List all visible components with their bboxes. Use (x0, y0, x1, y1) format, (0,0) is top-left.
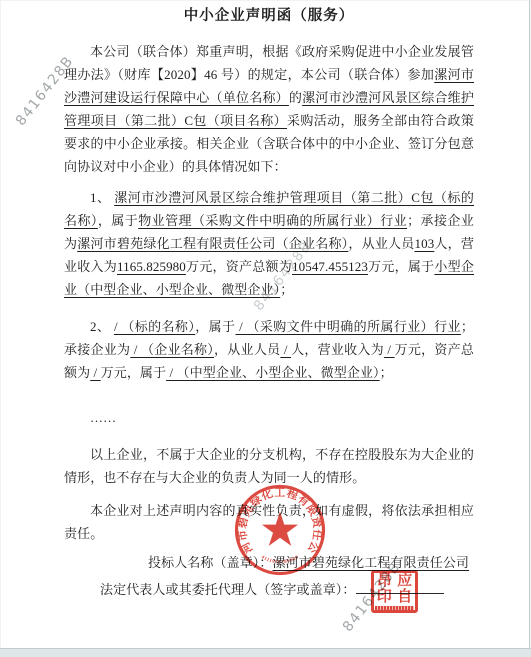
blank-field: / (90, 365, 100, 380)
text-run: ； (380, 365, 393, 380)
blank-field: / (384, 342, 395, 357)
legal-representative-label: 法定代表人或其委托代理人（签字或盖章）： (100, 582, 356, 597)
blank-field: / （标的名称） (114, 319, 195, 334)
personal-name-seal: 昂 应 印 自 (371, 570, 418, 613)
text-run: 的 (289, 90, 302, 105)
star-icon (262, 512, 298, 546)
assets-value: 10547.455123 (292, 259, 368, 274)
text-run: 万元，资产总额为 (186, 259, 292, 274)
intro-paragraph: 本公司（联合体）郑重声明，根据《政府采购促进中小企业发展管理办法》（财库【202… (64, 40, 474, 178)
item-number: 1、 (90, 190, 111, 205)
svg-text:4111010286668: 4111010286668 (260, 555, 300, 565)
page-right-edge (529, 0, 530, 649)
text-run: 万元，属于 (101, 365, 167, 380)
seal-char: 自 (395, 589, 416, 605)
revenue-value: 1165.825980 (117, 259, 186, 274)
text-run: 万元，属于 (368, 259, 434, 274)
seal-number: 4111010286668 (260, 555, 300, 565)
seal-char: 昂 (374, 573, 395, 589)
page-bottom-band (0, 648, 531, 657)
text-run: 本公司（联合体）郑重声明，根据《政府采购促进中小企业发展管理办法》（财库【202… (64, 44, 474, 82)
text-run: ，从业人员 (214, 342, 280, 357)
blank-field: / （采购文件中明确的所属行业）行业 (235, 319, 460, 334)
document-page: 8416428B 8416428B 8416428B 中小企业声明函（服务） 本… (0, 0, 531, 657)
seal-char: 应 (395, 573, 416, 589)
text-run: 人，营业收入为 (291, 342, 384, 357)
company-round-seal: 漯河市碧苑绿化工程有限责任公司 4111010286668 (232, 482, 328, 578)
document-title: 中小企业声明函（服务） (64, 6, 474, 26)
item1-paragraph: 1、 漯河市沙澧河风景区综合维护管理项目（第二批）C包（标的名称），属于物业管理… (64, 186, 474, 301)
filled-field: 漯河市碧苑绿化工程有限责任公司（企业名称） (77, 236, 348, 251)
text-run: ； (280, 282, 293, 297)
text-run: ，从业人员 (348, 236, 414, 251)
text-run: ，属于 (98, 213, 138, 228)
blank-field: / (280, 342, 291, 357)
seal-serial-strip (375, 606, 414, 610)
text-run: ，属于 (195, 319, 235, 334)
seal-char: 印 (374, 589, 395, 605)
filled-field: 物业管理（采购文件中明确的所属行业）行业 (138, 213, 407, 228)
item2-paragraph: 2、 / （标的名称），属于 / （采购文件中明确的所属行业）行业；承接企业为 … (64, 315, 474, 384)
blank-field: / （中型企业、小型企业、微型企业） (166, 365, 380, 380)
ellipsis-line: …… (64, 406, 474, 429)
employee-count: 103 (415, 236, 435, 251)
item-number: 2、 (90, 319, 110, 334)
blank-field: / （企业名称） (130, 342, 214, 357)
